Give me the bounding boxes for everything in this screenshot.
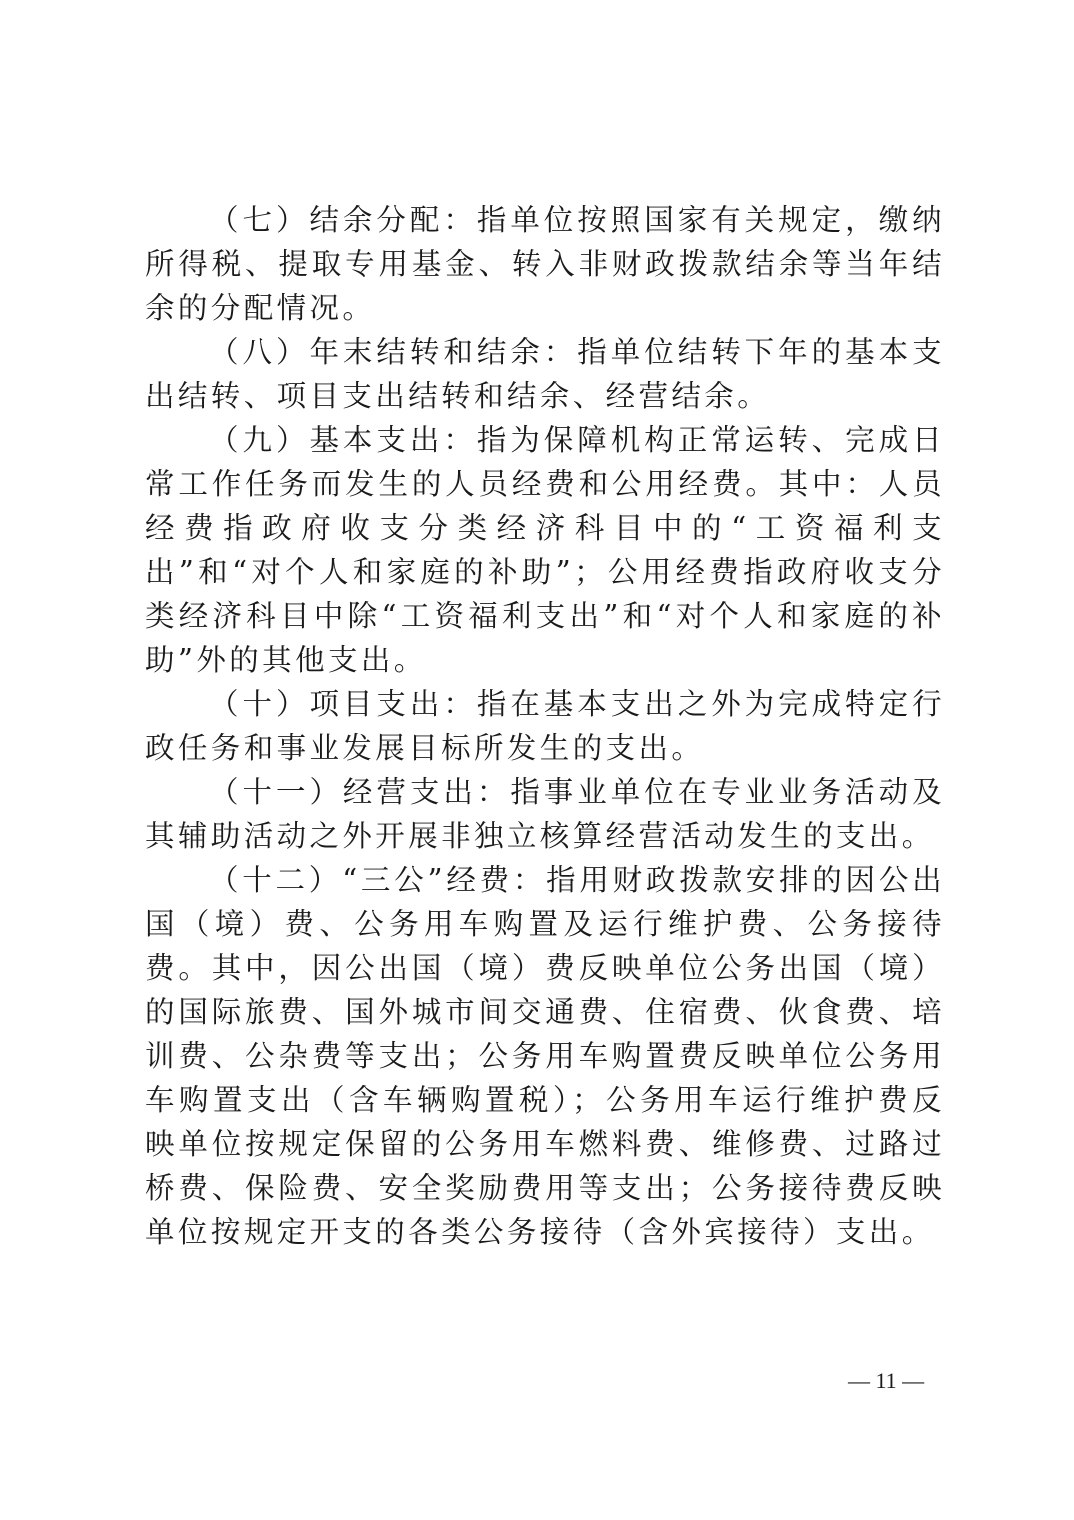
paragraph-operating-expenditure: （十一）经营支出：指事业单位在专业业务活动及其辅助活动之外开展非独立核算经营活动… (145, 770, 945, 858)
paragraph-year-end-carryover: （八）年末结转和结余：指单位结转下年的基本支出结转、项目支出结转和结余、经营结余… (145, 330, 945, 418)
paragraph-surplus-distribution: （七）结余分配：指单位按照国家有关规定，缴纳所得税、提取专用基金、转入非财政拨款… (145, 198, 945, 330)
paragraph-project-expenditure: （十）项目支出：指在基本支出之外为完成特定行政任务和事业发展目标所发生的支出。 (145, 682, 945, 770)
paragraph-three-public-expenses: （十二）“三公”经费：指用财政拨款安排的因公出国（境）费、公务用车购置及运行维护… (145, 858, 945, 1254)
paragraph-basic-expenditure: （九）基本支出：指为保障机构正常运转、完成日常工作任务而发生的人员经费和公用经费… (145, 418, 945, 682)
page-number: — 11 — (848, 1368, 924, 1394)
document-body: （七）结余分配：指单位按照国家有关规定，缴纳所得税、提取专用基金、转入非财政拨款… (145, 198, 945, 1254)
